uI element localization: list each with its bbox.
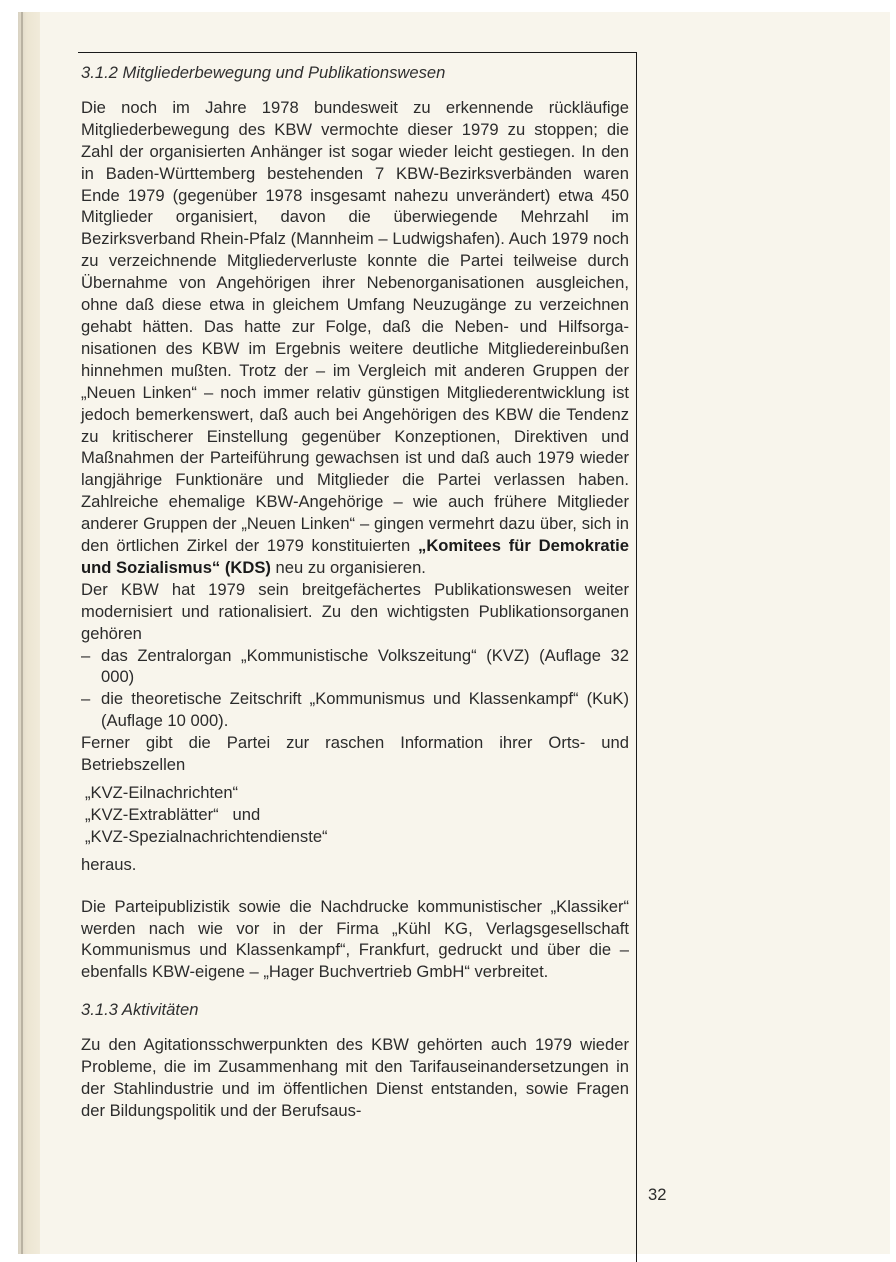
spine-edge [21,12,23,1254]
bulletins-list: „KVZ-Eilnachrichten“ „KVZ-Extrablätter“ … [81,782,629,848]
publication-item: das Zentralorgan „Kommunistische Volksze… [81,645,629,689]
publications-list: das Zentralorgan „Kommunistische Volksze… [81,645,629,733]
spacer [81,876,629,896]
paragraph-party-press: Die Parteipublizistik sowie die Nachdruc… [81,896,629,984]
paragraph-publications-intro: Der KBW hat 1979 sein breitgefächertes P… [81,579,629,645]
paragraph-membership-text: Die noch im Jahre 1978 bundesweit zu erk… [81,98,629,555]
bulletin-item: „KVZ-Eilnachrichten“ [85,782,629,804]
paragraph-membership-end: neu zu organisieren. [276,558,426,577]
section-heading-3-1-2: 3.1.2 Mitgliederbewegung und Publikation… [81,62,629,84]
paragraph-activities: Zu den Agitationsschwerpunkten des KBW g… [81,1034,629,1122]
bulletin-item: „KVZ-Spezialnachrichtendienste“ [85,826,629,848]
page-content: 3.1.2 Mitgliederbewegung und Publikation… [81,62,629,1122]
paragraph-bulletins-end: heraus. [81,854,629,876]
publication-item: die theoretische Zeitschrift „Kommunismu… [81,688,629,732]
section-heading-3-1-3: 3.1.3 Aktivitäten [81,999,629,1021]
paragraph-bulletins-intro: Ferner gibt die Partei zur raschen Infor… [81,732,629,776]
paragraph-membership: Die noch im Jahre 1978 bundesweit zu erk… [81,97,629,579]
bulletin-item: „KVZ-Extrablätter“ und [85,804,629,826]
page-number: 32 [648,1185,666,1205]
